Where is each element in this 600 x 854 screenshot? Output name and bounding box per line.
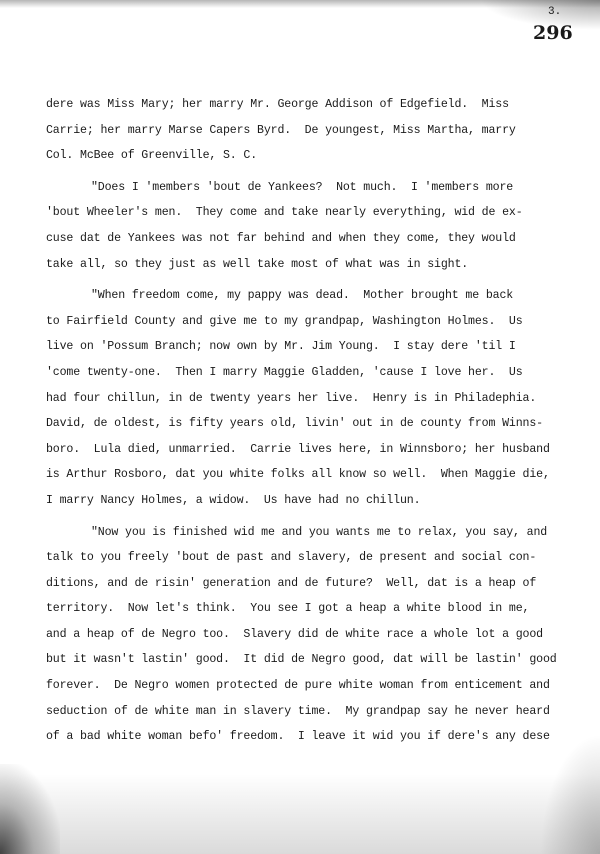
scan-edge-shadow — [0, 774, 600, 854]
text-line: boro. Lula died, unmarried. Carrie lives… — [46, 437, 566, 463]
text-line: Carrie; her marry Marse Capers Byrd. De … — [46, 118, 566, 144]
text-line: "When freedom come, my pappy was dead. M… — [46, 283, 566, 309]
text-line: 'come twenty-one. Then I marry Maggie Gl… — [46, 360, 566, 386]
text-line: Col. McBee of Greenville, S. C. — [46, 143, 566, 169]
page-number: 296 — [533, 22, 573, 44]
scan-corner-shadow — [0, 764, 60, 854]
text-line: dere was Miss Mary; her marry Mr. George… — [46, 92, 566, 118]
text-line: I marry Nancy Holmes, a widow. Us have h… — [46, 488, 566, 514]
text-line: and a heap of de Negro too. Slavery did … — [46, 622, 566, 648]
text-line: forever. De Negro women protected de pur… — [46, 673, 566, 699]
text-line: had four chillun, in de twenty years her… — [46, 386, 566, 412]
text-line: ditions, and de risin' generation and de… — [46, 571, 566, 597]
text-line: cuse dat de Yankees was not far behind a… — [46, 226, 566, 252]
text-line: "Does I 'members 'bout de Yankees? Not m… — [46, 175, 566, 201]
text-line: "Now you is finished wid me and you want… — [46, 520, 566, 546]
document-page: 3. 296 dere was Miss Mary; her marry Mr.… — [0, 0, 600, 854]
typewritten-body: dere was Miss Mary; her marry Mr. George… — [46, 92, 566, 750]
text-line: talk to you freely 'bout de past and sla… — [46, 545, 566, 571]
scan-corner-shadow — [540, 734, 600, 854]
page-sub-number: 3. — [548, 6, 561, 18]
text-line: to Fairfield County and give me to my gr… — [46, 309, 566, 335]
text-line: territory. Now let's think. You see I go… — [46, 596, 566, 622]
text-line: take all, so they just as well take most… — [46, 252, 566, 278]
text-line: is Arthur Rosboro, dat you white folks a… — [46, 462, 566, 488]
text-line: 'bout Wheeler's men. They come and take … — [46, 200, 566, 226]
text-line: of a bad white woman befo' freedom. I le… — [46, 724, 566, 750]
text-line: but it wasn't lastin' good. It did de Ne… — [46, 647, 566, 673]
text-line: live on 'Possum Branch; now own by Mr. J… — [46, 334, 566, 360]
text-line: seduction of de white man in slavery tim… — [46, 699, 566, 725]
text-line: David, de oldest, is fifty years old, li… — [46, 411, 566, 437]
